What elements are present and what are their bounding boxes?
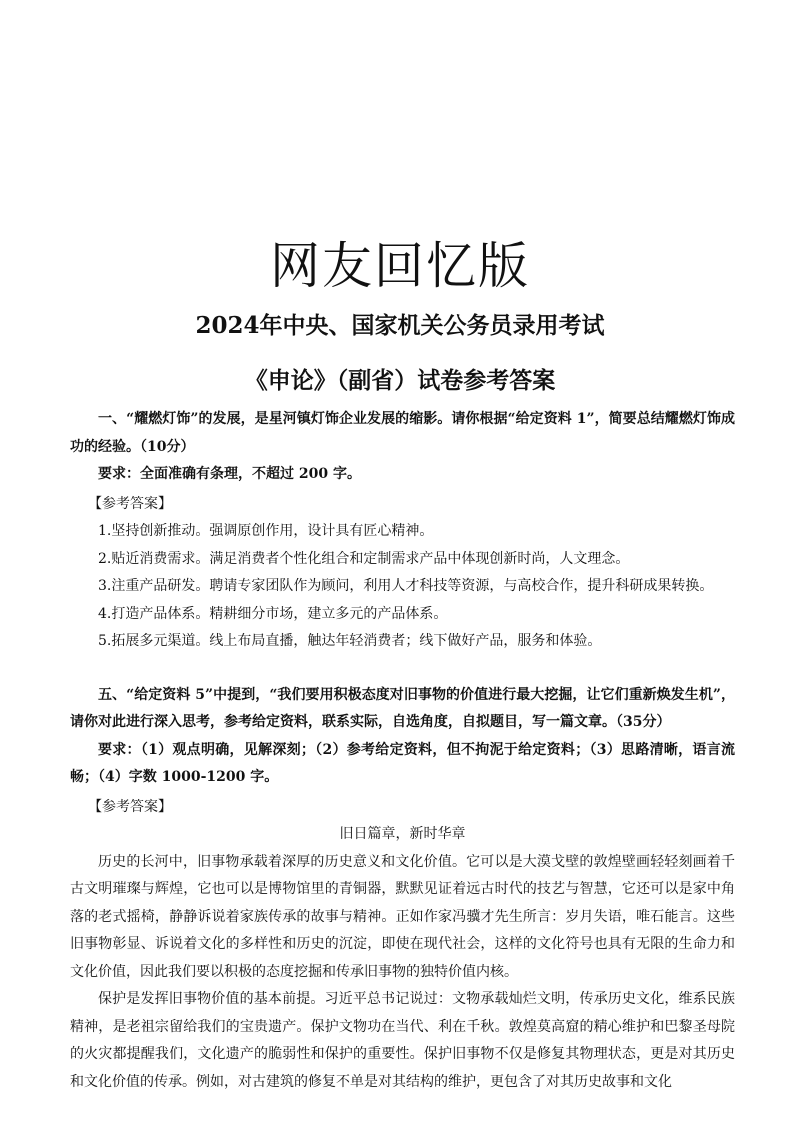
essay-paragraph: 历史的长河中，旧事物承载着深厚的历史意义和文化价值。它可以是大漠戈壁的敦煌壁画轻… (70, 849, 735, 987)
answer-item: 4.打造产品体系。精耕细分市场，建立多元的产品体系。 (70, 601, 735, 629)
document-body: 一、“耀燃灯饰”的发展，是星河镇灯饰企业发展的缩影。请你根据“给定资料 1”，简… (70, 406, 735, 1096)
paper-title: 《申论》（副省）试卷参考答案 (0, 363, 800, 399)
answer-item: 1.坚持创新推动。强调原创作用，设计具有匠心精神。 (70, 518, 735, 546)
document-page: 网友回忆版 2024年中央、国家机关公务员录用考试 《申论》（副省）试卷参考答案… (0, 0, 800, 1131)
question-1-section: 一、“耀燃灯饰”的发展，是星河镇灯饰企业发展的缩影。请你根据“给定资料 1”，简… (70, 406, 735, 656)
essay-paragraph: 保护是发挥旧事物价值的基本前提。习近平总书记说过：文物承载灿烂文明，传承历史文化… (70, 986, 735, 1096)
exam-title: 2024年中央、国家机关公务员录用考试 (0, 308, 800, 344)
question-1-answer-label: 【参考答案】 (70, 491, 735, 519)
section-spacer (70, 656, 735, 682)
question-1-requirement: 要求：全面准确有条理，不超过 200 字。 (70, 461, 735, 489)
essay-title: 旧日篇章，新时华章 (70, 821, 735, 849)
answer-item: 2.贴近消费需求。满足消费者个性化组合和定制需求产品中体现创新时尚，人文理念。 (70, 546, 735, 574)
question-5-prompt: 五、“给定资料 5”中提到，“我们要用积极态度对旧事物的价值进行最大挖掘，让它们… (70, 682, 735, 737)
question-5-section: 五、“给定资料 5”中提到，“我们要用积极态度对旧事物的价值进行最大挖掘，让它们… (70, 682, 735, 1097)
question-5-answer-label: 【参考答案】 (70, 794, 735, 822)
question-1-prompt: 一、“耀燃灯饰”的发展，是星河镇灯饰企业发展的缩影。请你根据“给定资料 1”，简… (70, 406, 735, 461)
answer-item: 3.注重产品研发。聘请专家团队作为顾问，利用人才科技等资源，与高校合作，提升科研… (70, 573, 735, 601)
watermark-title: 网友回忆版 (0, 236, 800, 296)
question-5-requirement: 要求：（1）观点明确，见解深刻；（2）参考给定资料，但不拘泥于给定资料；（3）思… (70, 737, 735, 792)
answer-item: 5.拓展多元渠道。线上布局直播，触达年轻消费者；线下做好产品，服务和体验。 (70, 628, 735, 656)
